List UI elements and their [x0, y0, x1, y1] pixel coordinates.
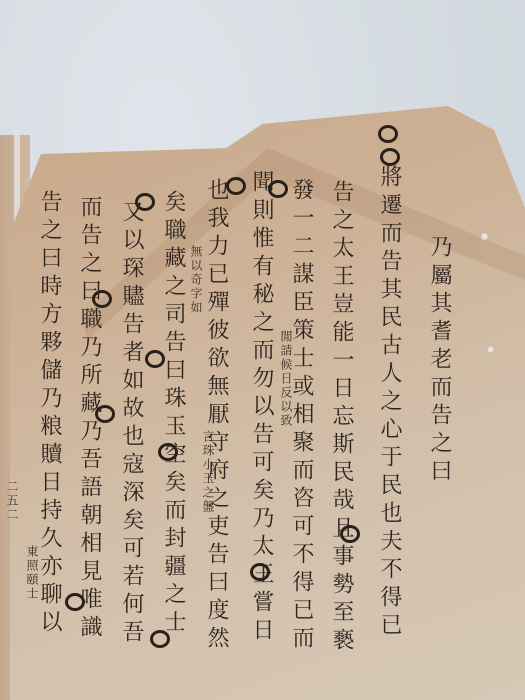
punctuation-circle [268, 180, 288, 198]
annotation-column: 東照頤士 [26, 545, 38, 601]
binding-hole [486, 345, 495, 354]
punctuation-circle [95, 405, 115, 423]
punctuation-circle [226, 177, 246, 195]
punctuation-circle [150, 630, 170, 648]
text-column: 乃屬其耆老而告之曰 [428, 235, 450, 487]
punctuation-circle [135, 193, 155, 211]
text-column: 告之太王豈能一日忘斯民哉且事勢至褻 [330, 180, 352, 656]
text-column: 又以琛贐告者如故也寇深矣可若何吾 [120, 200, 142, 648]
punctuation-circle [250, 563, 270, 581]
text-column: 矣職藏之司告曰珠玉空矣而封疆之士 [162, 190, 184, 638]
punctuation-circle [92, 290, 112, 308]
text-column: 告之曰時方夥儲乃粮贖日持久亦聊以 [38, 190, 60, 638]
annotation-column: 閒請候日反以致 [280, 330, 292, 428]
annotation-column: 無以奇字如 [190, 245, 202, 315]
annotation-column: 言珠小玉之盤 [202, 430, 214, 514]
text-column: 也我力已殫彼欲無厭守府之吏告曰度然 [205, 178, 227, 654]
punctuation-circle [378, 125, 398, 143]
punctuation-circle [145, 350, 165, 368]
punctuation-circle [158, 443, 178, 461]
binding-hole [480, 232, 489, 241]
text-column: 將遷而告其民古人之心于民也夫不得已 [378, 165, 400, 641]
text-column: 發一二謀臣策士或相聚而咨可不得已而 [290, 178, 312, 654]
punctuation-circle [340, 525, 360, 543]
annotation-column: 二五二 [6, 480, 18, 522]
punctuation-circle [380, 148, 400, 166]
punctuation-circle [65, 593, 85, 611]
